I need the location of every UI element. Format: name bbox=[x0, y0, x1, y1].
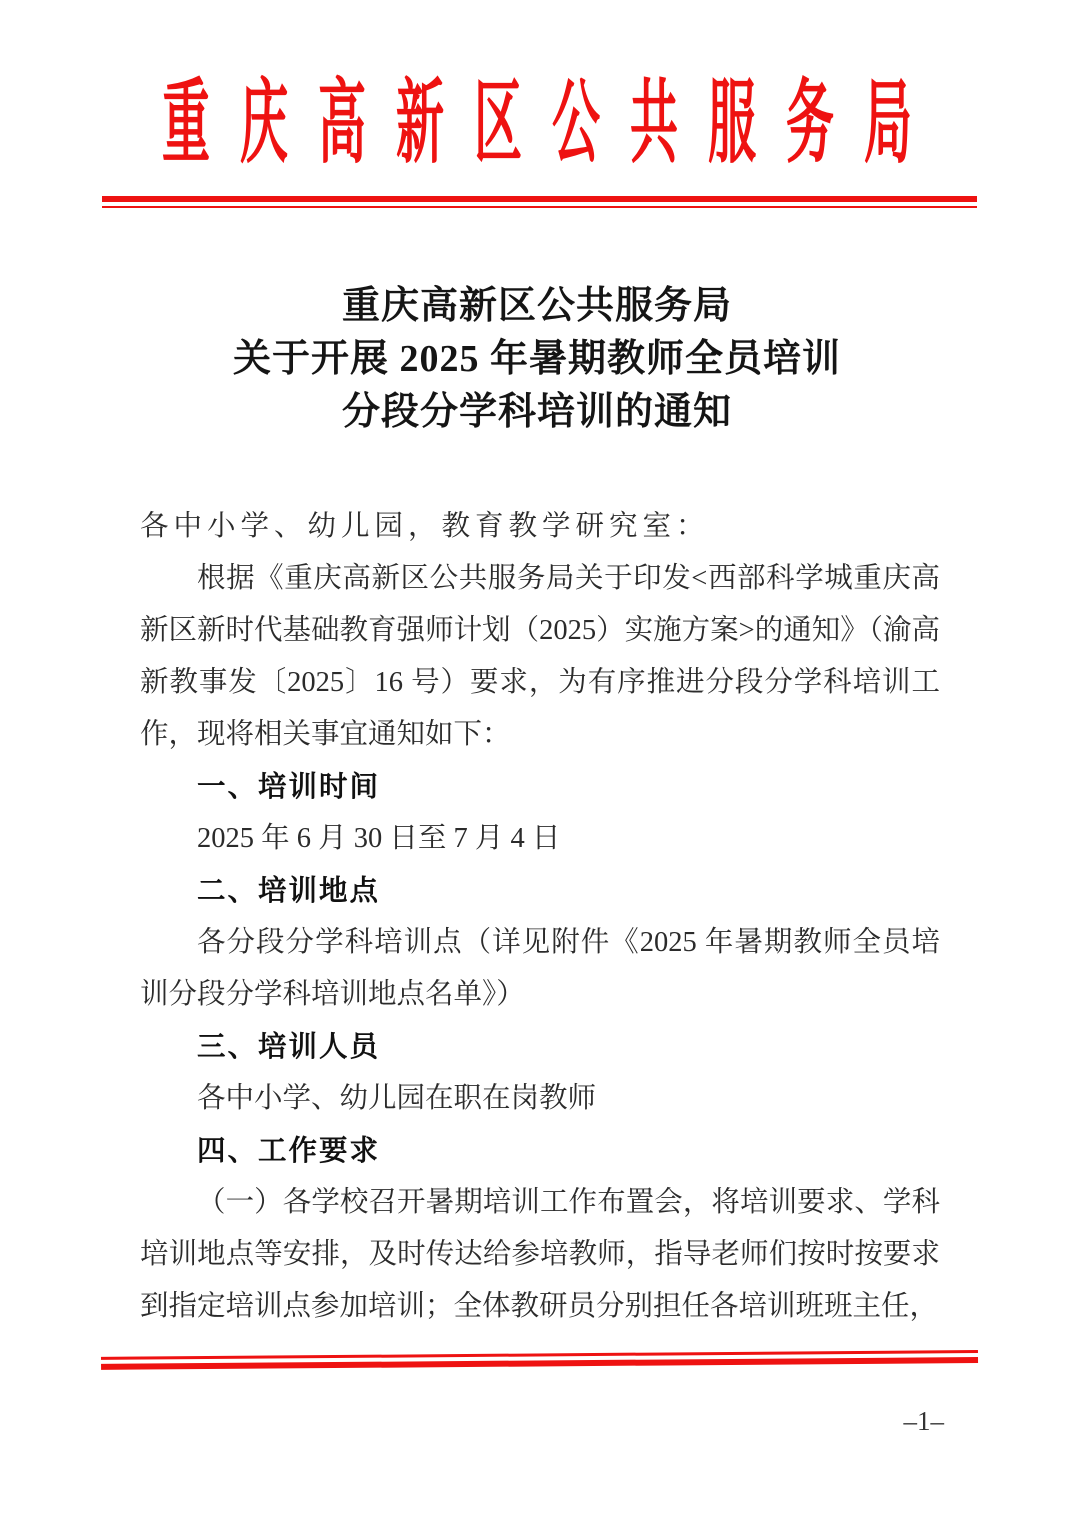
page-number: –1– bbox=[904, 1406, 945, 1437]
section-1-content: 2025 年 6 月 30 日至 7 月 4 日 bbox=[140, 813, 940, 865]
section-2-heading: 二、培训地点 bbox=[140, 865, 940, 917]
footer-divider-thick-line bbox=[101, 1357, 978, 1370]
title-line-2: 关于开展 2025 年暑期教师全员培训 bbox=[0, 333, 1074, 386]
letterhead-divider-thick-line bbox=[102, 196, 977, 202]
letterhead-org-name: 重庆高新区公共服务局 bbox=[162, 80, 942, 171]
document-page: 重庆高新区公共服务局 重庆高新区公共服务局 关于开展 2025 年暑期教师全员培… bbox=[0, 0, 1074, 1520]
section-1-heading: 一、培训时间 bbox=[140, 761, 940, 813]
title-line-1: 重庆高新区公共服务局 bbox=[0, 280, 1074, 333]
title-line-3: 分段分学科培训的通知 bbox=[0, 386, 1074, 439]
intro-paragraph: 根据《重庆高新区公共服务局关于印发<西部科学城重庆高新区新时代基础教育强师计划（… bbox=[140, 553, 940, 761]
footer-divider bbox=[101, 1350, 978, 1369]
document-body: 各中小学、幼儿园，教育教学研究室： 根据《重庆高新区公共服务局关于印发<西部科学… bbox=[140, 501, 940, 1333]
section-4-content: （一）各学校召开暑期培训工作布置会，将培训要求、学科培训地点等安排，及时传达给参… bbox=[140, 1177, 940, 1333]
document-title: 重庆高新区公共服务局 关于开展 2025 年暑期教师全员培训 分段分学科培训的通… bbox=[0, 280, 1074, 439]
section-3-content: 各中小学、幼儿园在职在岗教师 bbox=[140, 1073, 940, 1125]
letterhead-divider bbox=[102, 196, 977, 208]
salutation: 各中小学、幼儿园，教育教学研究室： bbox=[140, 501, 940, 553]
section-4-heading: 四、工作要求 bbox=[140, 1125, 940, 1177]
letterhead: 重庆高新区公共服务局 bbox=[0, 0, 1074, 208]
section-2-content: 各分段分学科培训点（详见附件《2025 年暑期教师全员培训分段分学科培训地点名单… bbox=[140, 917, 940, 1021]
section-3-heading: 三、培训人员 bbox=[140, 1021, 940, 1073]
letterhead-divider-thin-line bbox=[102, 206, 977, 208]
